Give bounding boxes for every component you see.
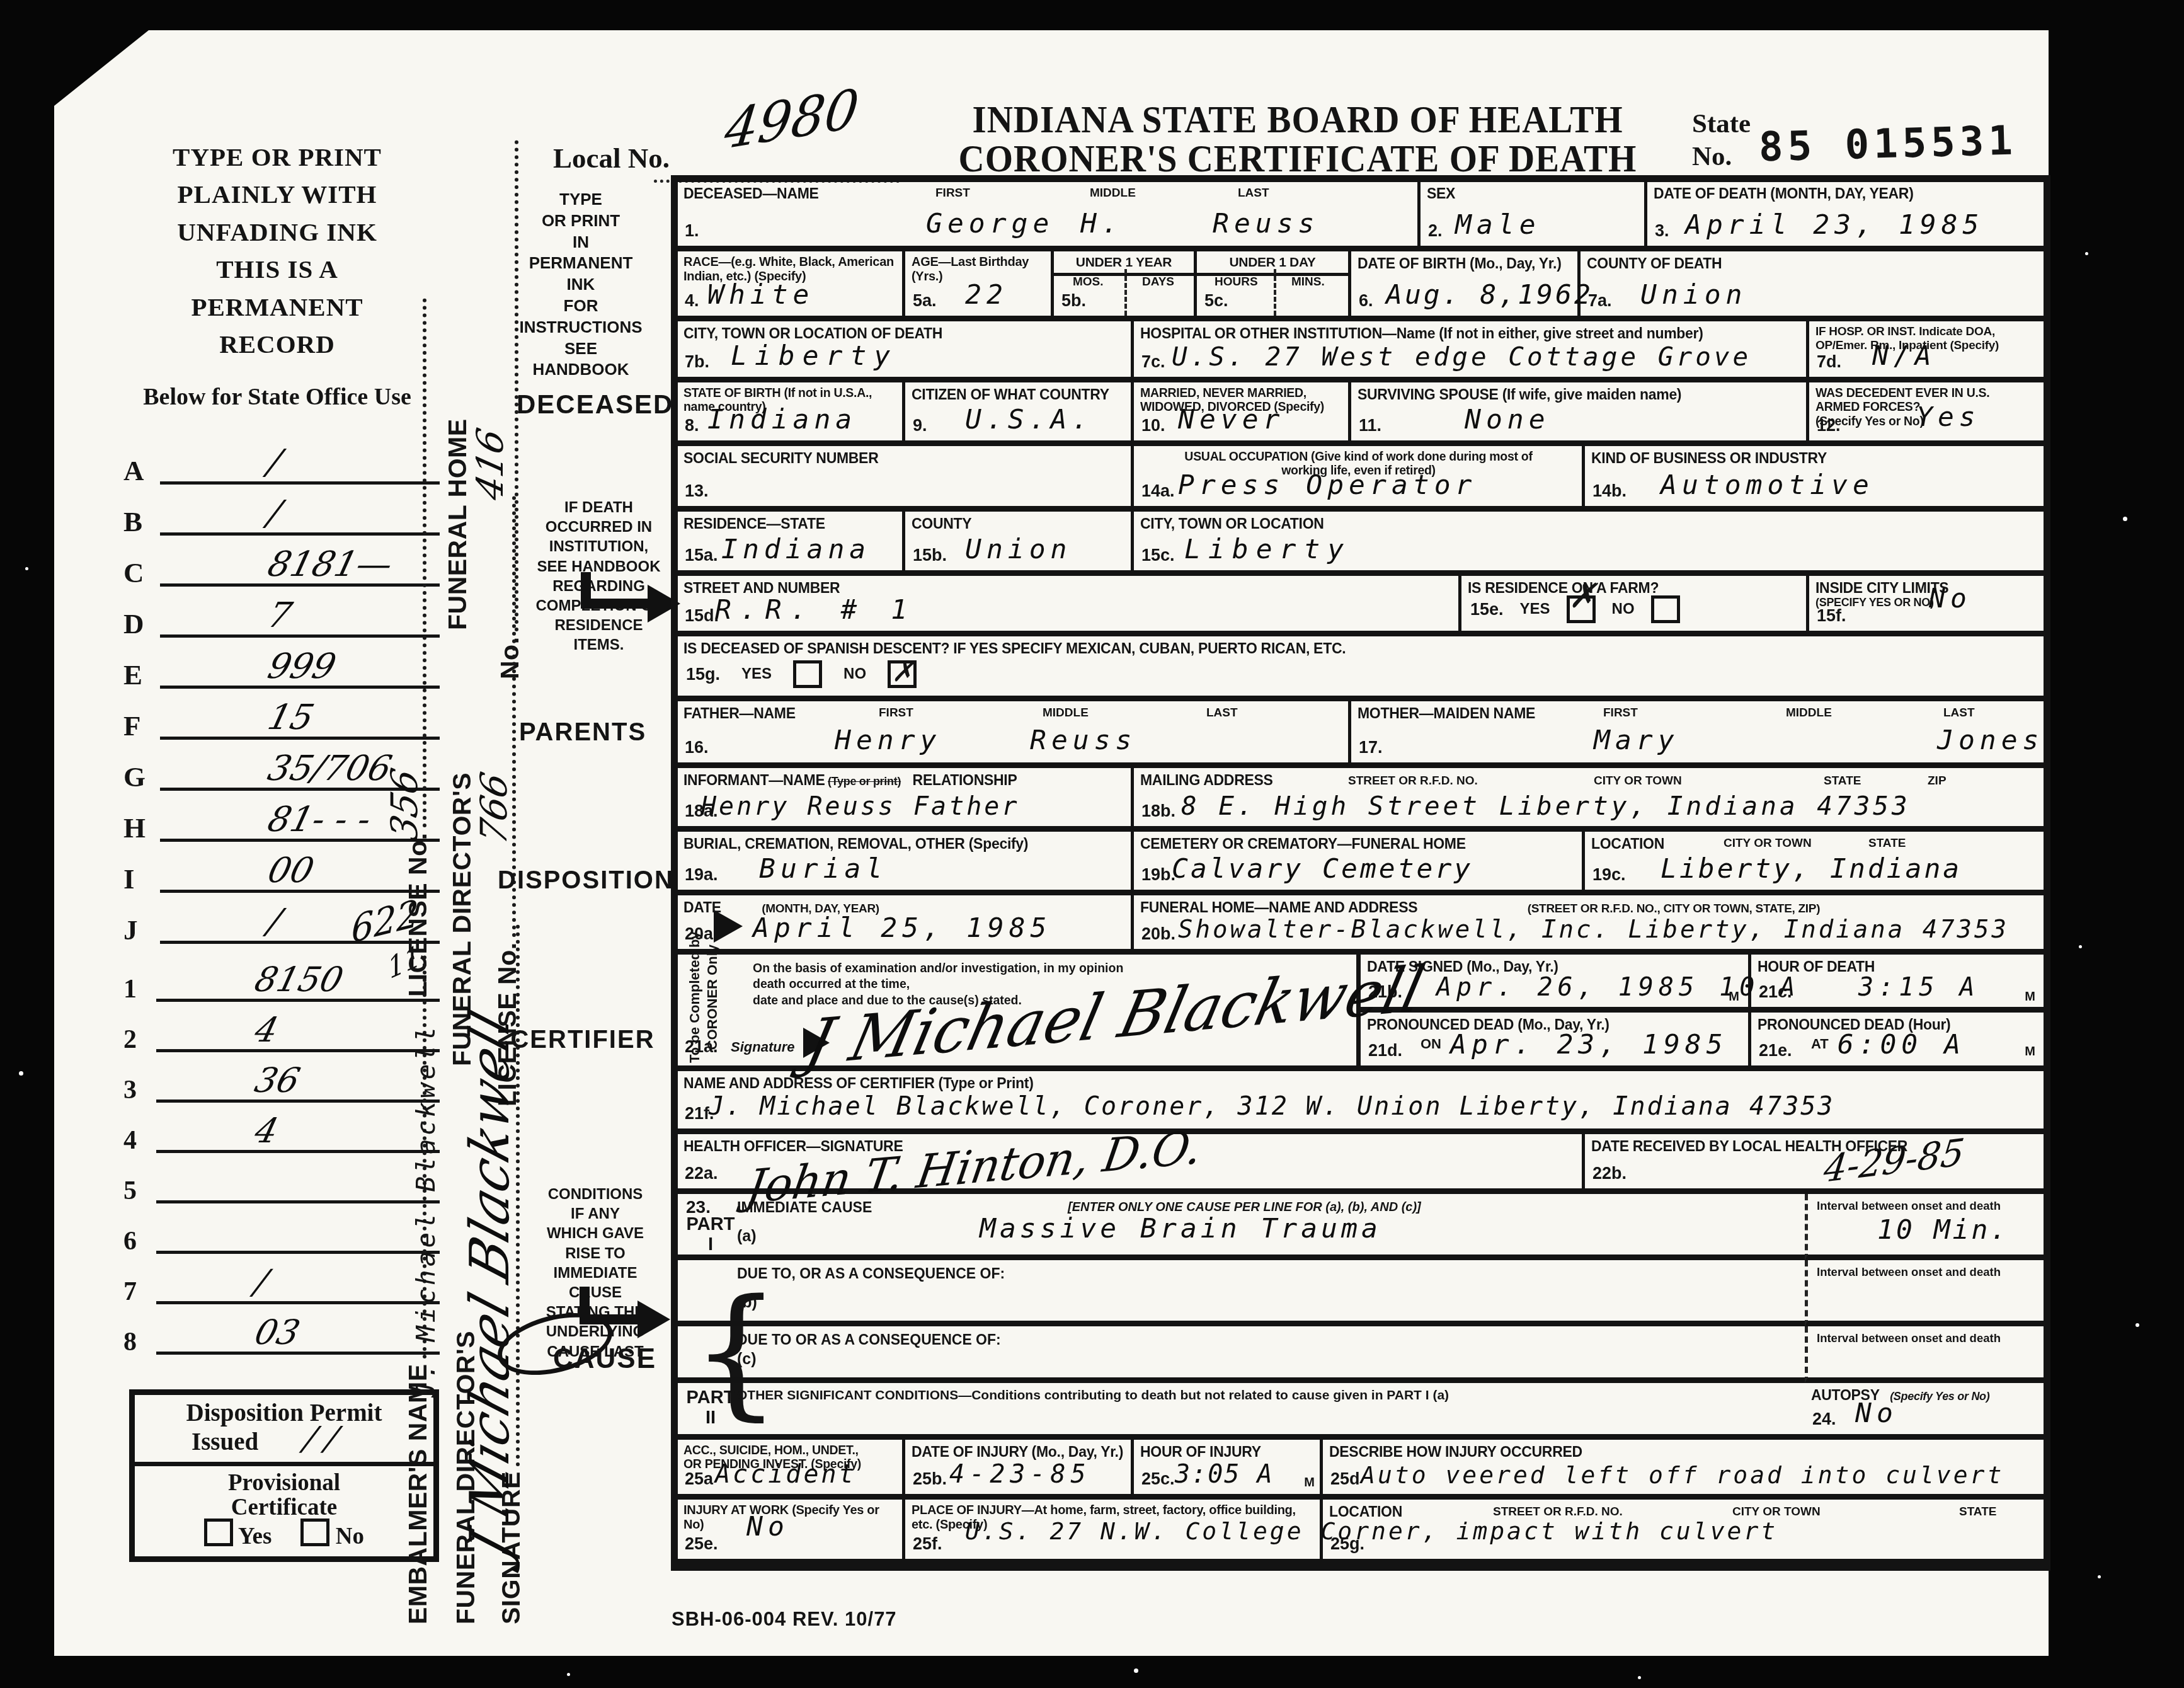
hours-subhead: HOURS: [1215, 275, 1258, 289]
informant-sublabel: (Type or print): [828, 775, 901, 788]
row-handwritten-value: 4: [251, 1111, 283, 1151]
field-under-1-day: UNDER 1 DAY HOURS MINS. 5c.: [1197, 251, 1351, 321]
deceased-name-label: DECEASED—NAME: [683, 185, 819, 202]
item-number: 5c.: [1204, 291, 1228, 311]
row-letter: C: [123, 556, 144, 589]
hour-of-death-value: 3:15 A: [1858, 973, 1980, 1002]
signature-word: Signature: [731, 1039, 794, 1055]
provisional-yes-checkbox: [204, 1519, 233, 1546]
field-disposition-date: DATE (MONTH, DAY, YEAR) 20a. April 25, 1…: [677, 895, 1134, 955]
row-underline: [160, 941, 440, 944]
item-number: 8.: [685, 416, 699, 435]
on-label: ON: [1421, 1036, 1441, 1052]
zip-subhead: ZIP: [1928, 774, 1947, 788]
field-street-number: STREET AND NUMBER 15d. R.R. # 1: [677, 576, 1461, 636]
hour-of-injury-value: 3:05 A: [1175, 1460, 1274, 1489]
race-value: White: [707, 279, 814, 311]
row-letter: G: [123, 761, 146, 793]
row-letter: D: [123, 607, 144, 640]
item-number: 21d.: [1368, 1041, 1402, 1060]
dashed-divider: [1124, 269, 1127, 316]
days-subhead: DAYS: [1142, 275, 1174, 289]
last-subhead: LAST: [1206, 706, 1238, 720]
state-office-row: E999: [118, 645, 446, 696]
item-number: 25d: [1330, 1469, 1360, 1489]
date-of-injury-value: 4-23-85: [949, 1460, 1091, 1489]
ssn-label: SOCIAL SECURITY NUMBER: [683, 450, 878, 466]
item-number: 21a.: [685, 1037, 718, 1057]
farm-yes-checkbox: ✗: [1567, 595, 1596, 623]
field-how-injury-occurred: DESCRIBE HOW INJURY OCCURRED 25d Auto ve…: [1323, 1440, 2044, 1500]
city-of-death-value: Liberty: [731, 340, 898, 372]
last-subhead: LAST: [1238, 187, 1269, 200]
deceased-middle-initial: H.: [1080, 208, 1123, 239]
cemetery-location-label: LOCATION: [1591, 835, 1664, 852]
spanish-descent-label: IS DECEASED OF SPANISH DESCENT? IF YES S…: [683, 640, 1346, 657]
injury-at-work-value: No: [746, 1511, 789, 1542]
under-1-day-label: UNDER 1 DAY: [1229, 255, 1315, 270]
state-office-row: A/: [118, 441, 446, 492]
row-letter: 7: [123, 1277, 137, 1307]
item-number: 21e.: [1759, 1041, 1792, 1060]
row-handwritten-value: 03: [251, 1312, 304, 1352]
armed-forces-value: Yes: [1916, 401, 1981, 433]
citizen-value: U.S.A.: [965, 404, 1093, 435]
county-of-death-value: Union: [1640, 279, 1747, 311]
item-number: 18b.: [1141, 801, 1175, 821]
field-interval-a: Interval between onset and death 10 Min.: [1805, 1194, 2044, 1260]
row-letter: 2: [123, 1025, 137, 1055]
section-label-deceased: DECEASED: [517, 389, 649, 420]
disposition-permit-box: Disposition Permit Issued / / Provisiona…: [129, 1389, 439, 1562]
row-letter: H: [123, 812, 146, 844]
state-no-label-state: State: [1692, 108, 1751, 139]
item-number: 25f.: [913, 1534, 942, 1554]
field-injury-at-work: INJURY AT WORK (Specify Yes or No) 25e. …: [677, 1500, 905, 1565]
row-underline: [160, 634, 440, 638]
certificate-form: DECEASED—NAME FIRST MIDDLE LAST 1. Georg…: [677, 181, 2044, 1565]
item-number: 14a.: [1141, 481, 1175, 501]
state-office-row: 6: [118, 1211, 446, 1261]
spanish-no-x-mark: ✗: [891, 656, 915, 688]
scanned-death-certificate: INDIANA STATE BOARD OF HEALTH CORONER'S …: [0, 0, 2184, 1688]
item-number: 20b.: [1141, 924, 1175, 944]
field-industry: KIND OF BUSINESS OR INDUSTRY 14b. Automo…: [1585, 446, 2044, 512]
item-number: 22a.: [685, 1164, 718, 1183]
row-letter: E: [123, 658, 142, 691]
embalmer-license-value: 356: [383, 769, 426, 839]
item-number: 1.: [685, 221, 699, 241]
item-number: 7a.: [1588, 291, 1612, 311]
field-pronounced-dead-hour: PRONOUNCED DEAD (Hour) 21e. AT6:00 A M: [1751, 1013, 2044, 1071]
state-office-row: 7/: [118, 1261, 446, 1312]
item-number: 14b.: [1592, 481, 1627, 501]
item-number: 12.: [1817, 416, 1841, 435]
residence-county-value: Union: [965, 534, 1072, 565]
field-hour-of-death: HOUR OF DEATH 21c. 3:15 A M: [1751, 955, 2044, 1013]
field-age: AGE—Last Birthday (Yrs.) 5a. 22: [905, 251, 1054, 321]
field-ssn: SOCIAL SECURITY NUMBER 13.: [677, 446, 1134, 512]
row-underline: [156, 1301, 440, 1304]
scan-speckle: [2135, 1323, 2139, 1327]
row-underline: [160, 532, 440, 536]
county-of-death-label: COUNTY OF DEATH: [1587, 255, 1722, 272]
middle-subhead: MIDDLE: [1786, 706, 1832, 720]
item-number: 19b.: [1141, 865, 1175, 885]
cemetery-label: CEMETERY OR CREMATORY—FUNERAL HOME: [1140, 835, 1466, 852]
provisional-no-label: No: [336, 1524, 364, 1549]
scan-corner-artifact: [54, 30, 149, 106]
date-signed-value: Apr. 26, 1985 10 A: [1436, 973, 1800, 1002]
state-office-row: 44: [118, 1110, 446, 1161]
state-office-row: 803: [118, 1312, 446, 1362]
burial-value: Burial: [759, 853, 887, 885]
sex-value: Male: [1455, 209, 1541, 241]
state-office-use-heading: Below for State Office Use: [101, 383, 454, 411]
line-c-label: (c): [737, 1350, 757, 1369]
item-number: 15f.: [1817, 606, 1846, 626]
item-number: 22b.: [1592, 1164, 1627, 1183]
scan-speckle: [25, 567, 28, 570]
field-pronounced-dead-date: PRONOUNCED DEAD (Mo., Day, Yr.) 21d. ONA…: [1361, 1013, 1751, 1071]
due-to-b-label: DUE TO, OR AS A CONSEQUENCE OF:: [737, 1265, 1005, 1282]
row-letter: I: [123, 863, 135, 895]
field-due-to-c: DUE TO OR AS A CONSEQUENCE OF: (c): [677, 1326, 1805, 1383]
state-subhead: STATE: [1959, 1505, 1996, 1519]
embalmer-name-value: J. Michael Blackwell: [411, 1023, 441, 1398]
field-residence-city: CITY, TOWN OR LOCATION 15c. Liberty: [1134, 512, 2044, 576]
farm-yes-label: YES: [1520, 600, 1550, 618]
line-a-label: (a): [737, 1227, 757, 1246]
surviving-spouse-value: None: [1465, 404, 1550, 435]
row-letter: 1: [123, 974, 137, 1004]
father-last-name: Reuss: [1030, 725, 1136, 756]
field-due-to-b: DUE TO, OR AS A CONSEQUENCE OF: (b): [677, 1260, 1805, 1326]
dotted-leader: [419, 298, 426, 827]
immediate-cause-label: IMMEDIATE CAUSE: [737, 1199, 872, 1216]
field-autopsy: AUTOPSY (Specify Yes or No) 24. No: [1805, 1383, 2044, 1440]
pronounced-dead-hour-value: 6:00 A: [1838, 1029, 1965, 1060]
occupation-value: Press Operator: [1178, 469, 1477, 501]
row-underline: [156, 1099, 440, 1103]
row-letter: 6: [123, 1226, 137, 1256]
scan-speckle: [2123, 517, 2127, 521]
father-first-name: Henry: [835, 725, 941, 756]
city-subhead: CITY OR TOWN: [1732, 1505, 1821, 1519]
field-immediate-cause: IMMEDIATE CAUSE [ENTER ONLY ONE CAUSE PE…: [677, 1194, 1805, 1260]
state-office-row: 5: [118, 1161, 446, 1211]
provisional-no-checkbox: [300, 1519, 329, 1546]
field-inside-city-limits: INSIDE CITY LIMITS (SPECIFY YES OR NO) 1…: [1809, 576, 2044, 636]
first-subhead: FIRST: [879, 706, 913, 720]
field-date-of-birth: DATE OF BIRTH (Mo., Day, Yr.) 6. Aug. 8,…: [1351, 251, 1581, 321]
item-number: 13.: [685, 481, 709, 501]
row-letter: B: [123, 505, 142, 538]
field-hour-of-injury: HOUR OF INJURY 25c. 3:05 A M: [1134, 1440, 1323, 1500]
residence-state-label: RESIDENCE—STATE: [683, 515, 825, 532]
field-date-of-injury: DATE OF INJURY (Mo., Day, Yr.) 25b. 4-23…: [905, 1440, 1134, 1500]
residence-state-value: Indiana: [721, 534, 871, 565]
field-state-of-birth: STATE OF BIRTH (If not in U.S.A., name c…: [677, 382, 905, 446]
city-limits-value: No: [1929, 583, 1972, 614]
spanish-no-checkbox: ✗: [888, 660, 917, 688]
funeral-home-cell-label: FUNERAL HOME—NAME AND ADDRESS: [1140, 899, 1417, 916]
row-letter: 4: [123, 1125, 137, 1156]
item-number: 7c.: [1141, 352, 1165, 372]
field-burial-type: BURIAL, CREMATION, REMOVAL, OTHER (Speci…: [677, 832, 1134, 895]
field-residence-on-farm: IS RESIDENCE ON A FARM? 15e. YES ✗ NO: [1461, 576, 1809, 636]
immediate-cause-value: Massive Brain Trauma: [980, 1213, 1381, 1244]
field-under-1-year: UNDER 1 YEAR MOS. DAYS 5b.: [1054, 251, 1197, 321]
state-no-value: 85 015531: [1758, 118, 2018, 171]
farm-no-label: NO: [1612, 600, 1635, 618]
residence-city-label: CITY, TOWN OR LOCATION: [1140, 515, 1324, 532]
state-office-row: D7: [118, 594, 446, 645]
hour-of-death-label: HOUR OF DEATH: [1758, 958, 1875, 975]
row-letter: 5: [123, 1176, 137, 1206]
burial-label: BURIAL, CREMATION, REMOVAL, OTHER (Speci…: [683, 835, 1028, 852]
date-of-birth-label: DATE OF BIRTH (Mo., Day, Yr.): [1358, 255, 1562, 272]
embalmer-name-label: EMBALMER'S NAME: [403, 1364, 433, 1624]
first-subhead: FIRST: [1603, 706, 1638, 720]
row-underline: [156, 1049, 440, 1052]
row-underline: [156, 1150, 440, 1153]
scan-speckle: [19, 1071, 23, 1076]
field-mother-maiden-name: MOTHER—MAIDEN NAME FIRST MIDDLE LAST 17.…: [1351, 701, 2044, 768]
provisional-yes-option: Yes: [204, 1519, 272, 1550]
field-armed-forces: WAS DECEDENT EVER IN U.S. ARMED FORCES? …: [1809, 382, 2044, 446]
field-if-hospital: IF HOSP. OR INST. Indicate DOA, OP/Emer.…: [1809, 321, 2044, 382]
farm-yes-x-mark: ✗: [1569, 576, 1597, 616]
spanish-no-label: NO: [843, 665, 866, 683]
other-conditions-label: OTHER SIGNIFICANT CONDITIONS—Conditions …: [737, 1388, 1449, 1403]
deceased-first-name: George: [926, 208, 1054, 239]
residence-city-value: Liberty: [1184, 534, 1351, 565]
section-label-certifier: CERTIFIER: [510, 1026, 655, 1054]
field-spanish-descent: IS DECEASED OF SPANISH DESCENT? IF YES S…: [677, 636, 2044, 701]
interval-label: Interval between onset and death: [1817, 1331, 2040, 1345]
autopsy-sublabel: (Specify Yes or No): [1890, 1390, 1989, 1403]
provisional-certificate-label: Provisional Certificate: [135, 1466, 433, 1520]
field-certifier-name-address: NAME AND ADDRESS OF CERTIFIER (Type or P…: [677, 1071, 2044, 1134]
hospital-value: U.S. 27 West edge Cottage Grove: [1172, 342, 1751, 372]
item-number: 19a.: [685, 865, 718, 885]
field-informant: INFORMANT—NAME (Type or print) RELATIONS…: [677, 768, 1134, 832]
dashed-divider: [1274, 269, 1276, 316]
section-label-parents: PARENTS: [517, 718, 649, 747]
row-underline: [156, 1352, 440, 1355]
sex-label: SEX: [1427, 185, 1455, 202]
row-underline: [160, 481, 440, 485]
field-funeral-home: FUNERAL HOME—NAME AND ADDRESS (STREET OR…: [1134, 895, 2044, 955]
field-place-of-injury: PLACE OF INJURY—At home, farm, street, f…: [905, 1500, 1323, 1565]
item-number: 15c.: [1141, 546, 1175, 565]
item-number: 16.: [685, 738, 709, 757]
street-subhead: STREET OR R.F.D. NO.: [1348, 774, 1478, 788]
street-subhead: STREET OR R.F.D. NO.: [1493, 1505, 1623, 1519]
item-number: 11.: [1359, 416, 1381, 435]
marital-status-value: Never: [1178, 404, 1284, 435]
field-father-name: FATHER—NAME FIRST MIDDLE LAST 16. Henry …: [677, 701, 1351, 768]
middle-subhead: MIDDLE: [1043, 706, 1089, 720]
state-no-label-no: No.: [1692, 141, 1732, 172]
item-number: 24.: [1812, 1410, 1836, 1429]
row-underline: [156, 1251, 440, 1254]
field-residence-state: RESIDENCE—STATE 15a. Indiana: [677, 512, 905, 576]
industry-label: KIND OF BUSINESS OR INDUSTRY: [1591, 450, 1827, 466]
item-number: 25a: [685, 1469, 713, 1489]
section-label-cause: CAUSE: [553, 1343, 656, 1375]
item-number: 17.: [1359, 738, 1383, 757]
row-handwritten-value: 8150: [251, 960, 348, 999]
field-date-received: DATE RECEIVED BY LOCAL HEALTH OFFICER 22…: [1585, 1134, 2044, 1194]
farm-no-checkbox: [1651, 595, 1680, 623]
item-number: 25g.: [1330, 1534, 1364, 1554]
conditions-note: CONDITIONS IF ANY WHICH GAVE RISE TO IMM…: [539, 1185, 652, 1362]
funeral-home-label: FUNERAL HOME: [443, 418, 472, 630]
age-value: 22: [965, 279, 1008, 311]
provisional-no-option: No: [300, 1519, 363, 1550]
injury-location-label: LOCATION: [1329, 1503, 1402, 1520]
embalmer-license-number: 356: [383, 764, 426, 845]
mother-first-name: Mary: [1594, 725, 1679, 756]
scan-speckle: [2098, 1575, 2101, 1578]
date-of-death-label: DATE OF DEATH (MONTH, DAY, YEAR): [1654, 185, 1914, 202]
field-occupation: USUAL OCCUPATION (Give kind of work done…: [1134, 446, 1585, 512]
if-hospital-value: N/A: [1872, 340, 1936, 372]
citizen-label: CITIZEN OF WHAT COUNTRY: [912, 386, 1109, 403]
field-sex: SEX 2. Male: [1421, 181, 1647, 251]
state-office-row: 24: [118, 1009, 446, 1060]
item-number: 7b.: [685, 352, 709, 372]
state-office-row: I00: [118, 849, 446, 900]
father-label: FATHER—NAME: [683, 705, 796, 721]
row-underline: [156, 1200, 440, 1203]
hour-of-injury-label: HOUR OF INJURY: [1140, 1444, 1261, 1460]
row-handwritten-value: /: [264, 901, 285, 941]
state-subhead: STATE: [1824, 774, 1861, 788]
item-number: 5b.: [1061, 291, 1086, 311]
am-pm-m: M: [1729, 990, 1739, 1004]
interval-label: Interval between onset and death: [1817, 1199, 2040, 1213]
certifier-label: NAME AND ADDRESS OF CERTIFIER (Type or P…: [683, 1075, 1034, 1091]
field-surviving-spouse: SURVIVING SPOUSE (If wife, give maiden n…: [1351, 382, 1809, 446]
relationship-label: RELATIONSHIP: [913, 772, 1017, 788]
item-number: 25e.: [685, 1534, 718, 1554]
item-number: 9.: [913, 416, 927, 435]
field-race: RACE—(e.g. White, Black, American Indian…: [677, 251, 905, 321]
state-office-row: F15: [118, 696, 446, 747]
row-letter: 8: [123, 1327, 137, 1357]
state-office-row: B/: [118, 492, 446, 543]
autopsy-value: No: [1855, 1398, 1898, 1429]
embalmer-license-line: LICENSE No.: [403, 298, 433, 997]
manner-value: Accident: [715, 1460, 857, 1489]
field-marital-status: MARRIED, NEVER MARRIED, WIDOWED, DIVORCE…: [1134, 382, 1351, 446]
date-of-birth-value: Aug. 8,1962: [1386, 279, 1593, 311]
row-handwritten-value: 81- - -: [264, 799, 375, 839]
item-number: 15d.: [685, 606, 719, 626]
am-pm-m: M: [1304, 1476, 1315, 1490]
type-print-permanent-ink-note: TYPE OR PRINT IN PERMANENT INK FOR INSTR…: [512, 189, 650, 381]
field-manner-of-death: ACC., SUICIDE, HOM., UNDET., OR PENDING …: [677, 1440, 905, 1500]
date-of-death-value: April 23, 1985: [1685, 209, 1984, 241]
scan-speckle: [2085, 252, 2088, 255]
deceased-last-name: Reuss: [1213, 208, 1319, 239]
mos-subhead: MOS.: [1073, 275, 1104, 289]
last-subhead: LAST: [1943, 706, 1975, 720]
item-number: 25c.: [1141, 1469, 1175, 1489]
cemetery-location-value: Liberty, Indiana: [1661, 853, 1962, 885]
type-or-print-instructions: TYPE OR PRINT PLAINLY WITH UNFADING INK …: [101, 139, 454, 364]
item-number: 15e.: [1470, 600, 1504, 619]
permit-issued-section: Disposition Permit Issued / /: [135, 1395, 433, 1466]
row-letter: A: [123, 454, 144, 487]
city-subhead: CITY OR TOWN: [1724, 837, 1812, 851]
field-cemetery: CEMETERY OR CREMATORY—FUNERAL HOME 19b. …: [1134, 832, 1585, 895]
row-handwritten-value: 15: [264, 697, 318, 737]
row-handwritten-value: 36: [251, 1060, 304, 1100]
item-number: 5a.: [913, 291, 937, 311]
provisional-yes-label: Yes: [238, 1524, 272, 1549]
permit-issued-label: Issued: [192, 1428, 258, 1456]
item-number: 15b.: [913, 546, 947, 565]
field-cemetery-location: LOCATION CITY OR TOWN STATE 19c. Liberty…: [1585, 832, 2044, 895]
state-office-row: 336: [118, 1060, 446, 1110]
field-other-significant-conditions: OTHER SIGNIFICANT CONDITIONS—Conditions …: [677, 1383, 1805, 1440]
funeral-director-signature-text: J Michael Blackwell: [459, 1003, 522, 1565]
mother-last-name: Jones: [1937, 725, 2044, 756]
middle-subhead: MIDDLE: [1090, 187, 1136, 200]
local-no-label: Local No.: [553, 142, 670, 175]
item-number: 2.: [1428, 221, 1443, 241]
first-subhead: FIRST: [935, 187, 970, 200]
field-city-of-death: CITY, TOWN OR LOCATION OF DEATH 7b. Libe…: [677, 321, 1134, 382]
field-county-of-death: COUNTY OF DEATH 7a. Union: [1581, 251, 2044, 321]
cemetery-value: Calvary Cemetery: [1172, 853, 1473, 885]
state-of-birth-value: Indiana: [707, 404, 857, 435]
surviving-spouse-label: SURVIVING SPOUSE (If wife, give maiden n…: [1358, 386, 1681, 403]
date-of-injury-label: DATE OF INJURY (Mo., Day, Yr.): [912, 1444, 1123, 1460]
row-letter: 3: [123, 1075, 137, 1105]
state-office-row: C8181—: [118, 543, 446, 594]
spanish-yes-label: YES: [741, 665, 772, 683]
field-date-of-death: DATE OF DEATH (MONTH, DAY, YEAR) 3. Apri…: [1647, 181, 2044, 251]
mother-label: MOTHER—MAIDEN NAME: [1358, 705, 1535, 721]
informant-label: INFORMANT—NAME: [683, 772, 825, 788]
mins-subhead: MINS.: [1291, 275, 1325, 289]
item-number: 21c.: [1759, 982, 1792, 1002]
state-office-letter-rows: A/B/C8181—D7E999F15G35/706H81- - -I00J/: [118, 441, 446, 951]
at-label: AT: [1811, 1036, 1829, 1052]
interval-a-value: 10 Min.: [1877, 1214, 2009, 1246]
item-number: 25b.: [913, 1469, 947, 1489]
embalmer-name-text: J. Michael Blackwell: [411, 1023, 441, 1398]
pronounced-dead-date-value: Apr. 23, 1985: [1450, 1029, 1728, 1060]
am-pm-m: M: [2025, 1045, 2035, 1059]
field-interval-b: Interval between onset and death: [1805, 1260, 2044, 1326]
item-number: 4.: [685, 291, 699, 311]
funeral-home-cell-sublabel: (STREET OR R.F.D. NO., CITY OR TOWN, STA…: [1528, 902, 1820, 916]
disposition-date-value: April 25, 1985: [753, 912, 1051, 944]
row-handwritten-value: 8181—: [264, 544, 397, 584]
state-subhead: STATE: [1868, 837, 1906, 851]
interval-label: Interval between onset and death: [1817, 1265, 2040, 1279]
funeral-home-label-text: FUNERAL HOME: [443, 418, 472, 630]
field-injury-location: LOCATION STREET OR R.F.D. NO. CITY OR TO…: [1323, 1500, 2044, 1565]
industry-value: Automotive: [1661, 469, 1874, 501]
section-label-disposition: DISPOSITION: [498, 866, 668, 895]
